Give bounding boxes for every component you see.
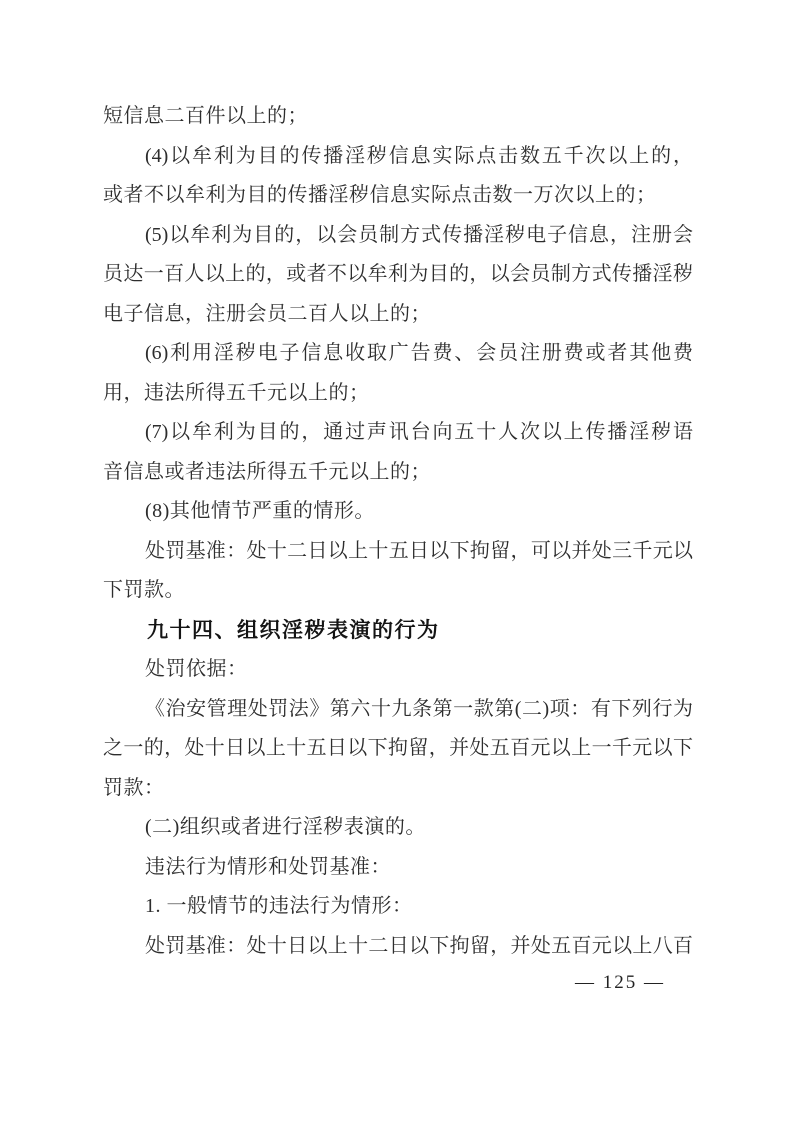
body-line: (5)以牟利为目的，以会员制方式传播淫秽电子信息，注册会 xyxy=(103,216,693,256)
body-line: 1. 一般情节的违法行为情形： xyxy=(103,887,693,927)
text-column: 短信息二百件以上的； (4)以牟利为目的传播淫秽信息实际点击数五千次以上的， 或… xyxy=(103,97,693,966)
body-line: (7)以牟利为目的，通过声讯台向五十人次以上传播淫秽语 xyxy=(103,413,693,453)
body-line: (4)以牟利为目的传播淫秽信息实际点击数五千次以上的， xyxy=(103,137,693,177)
body-line: 下罚款。 xyxy=(103,571,693,611)
body-line: 处罚依据： xyxy=(103,650,693,690)
body-line: (8)其他情节严重的情形。 xyxy=(103,492,693,532)
body-line: 短信息二百件以上的； xyxy=(103,97,693,137)
body-line: (二)组织或者进行淫秽表演的。 xyxy=(103,808,693,848)
body-line: 音信息或者违法所得五千元以上的； xyxy=(103,453,693,493)
body-line: 《治安管理处罚法》第六十九条第一款第(二)项：有下列行为 xyxy=(103,690,693,730)
body-line: (6)利用淫秽电子信息收取广告费、会员注册费或者其他费 xyxy=(103,334,693,374)
body-line: 用，违法所得五千元以上的； xyxy=(103,374,693,414)
body-line: 处罚基准：处十日以上十二日以下拘留，并处五百元以上八百 xyxy=(103,927,693,967)
document-page: 短信息二百件以上的； (4)以牟利为目的传播淫秽信息实际点击数五千次以上的， 或… xyxy=(0,0,793,1122)
body-line: 违法行为情形和处罚基准： xyxy=(103,848,693,888)
body-line: 之一的，处十日以上十五日以下拘留，并处五百元以上一千元以下 xyxy=(103,729,693,769)
section-heading: 九十四、组织淫秽表演的行为 xyxy=(103,611,693,651)
body-line: 员达一百人以上的，或者不以牟利为目的，以会员制方式传播淫秽 xyxy=(103,255,693,295)
body-line: 或者不以牟利为目的传播淫秽信息实际点击数一万次以上的； xyxy=(103,176,693,216)
body-line: 罚款： xyxy=(103,769,693,809)
body-line: 处罚基准：处十二日以上十五日以下拘留，可以并处三千元以 xyxy=(103,532,693,572)
body-line: 电子信息，注册会员二百人以上的； xyxy=(103,295,693,335)
page-number: — 125 — xyxy=(575,966,665,1000)
